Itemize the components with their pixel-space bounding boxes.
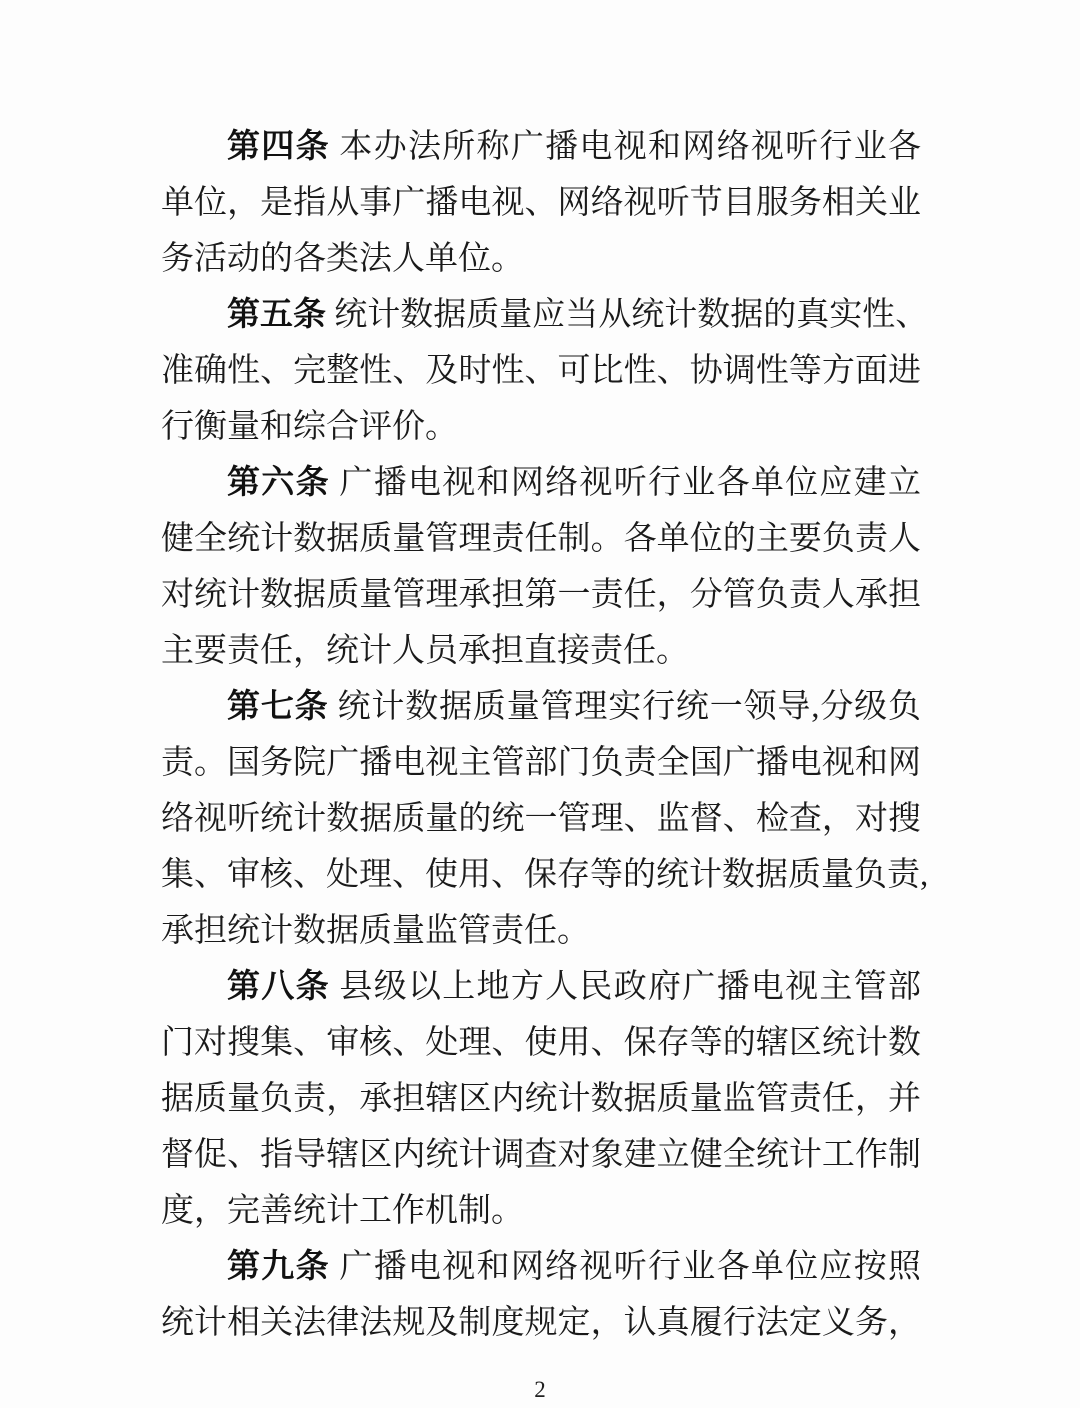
article-text: 统计数据质量应当从统计数据的真实性、 (326, 297, 928, 333)
article-text: 县级以上地方人民政府广播电视主管部 (330, 969, 921, 1005)
article-number-label: 第八条 (227, 969, 330, 1005)
article-first-line: 第六条 广播电视和网络视听行业各单位应建立 (161, 455, 921, 511)
article-line: 单位，是指从事广播电视、网络视听节目服务相关业 (161, 175, 921, 231)
article-paragraph: 第九条 广播电视和网络视听行业各单位应按照统计相关法律法规及制度规定，认真履行法… (161, 1239, 921, 1351)
article-text: 广播电视和网络视听行业各单位应建立 (330, 465, 921, 501)
article-line: 据质量负责，承担辖区内统计数据质量监管责任，并 (161, 1071, 921, 1127)
article-line: 健全统计数据质量管理责任制。各单位的主要负责人 (161, 511, 921, 567)
article-first-line: 第八条 县级以上地方人民政府广播电视主管部 (161, 959, 921, 1015)
article-line: 统计相关法律法规及制度规定，认真履行法定义务， (161, 1295, 921, 1351)
document-body: 第四条 本办法所称广播电视和网络视听行业各单位，是指从事广播电视、网络视听节目服… (161, 119, 921, 1351)
article-text: 行衡量和综合评价。 (161, 409, 458, 445)
document-page: 第四条 本办法所称广播电视和网络视听行业各单位，是指从事广播电视、网络视听节目服… (0, 0, 1080, 1408)
article-paragraph: 第五条 统计数据质量应当从统计数据的真实性、准确性、完整性、及时性、可比性、协调… (161, 287, 921, 455)
article-text: 络视听统计数据质量的统一管理、监督、检查，对搜 (161, 801, 921, 837)
article-line: 对统计数据质量管理承担第一责任，分管负责人承担 (161, 567, 921, 623)
article-text: 据质量负责，承担辖区内统计数据质量监管责任，并 (161, 1081, 921, 1117)
article-line: 责。国务院广播电视主管部门负责全国广播电视和网 (161, 735, 921, 791)
article-paragraph: 第四条 本办法所称广播电视和网络视听行业各单位，是指从事广播电视、网络视听节目服… (161, 119, 921, 287)
article-first-line: 第七条 统计数据质量管理实行统一领导,分级负 (161, 679, 921, 735)
article-text: 广播电视和网络视听行业各单位应按照 (330, 1249, 921, 1285)
article-text: 务活动的各类法人单位。 (161, 241, 524, 277)
article-number-label: 第九条 (227, 1249, 330, 1285)
article-number-label: 第四条 (227, 129, 330, 165)
article-line: 督促、指导辖区内统计调查对象建立健全统计工作制 (161, 1127, 921, 1183)
article-text: 统计相关法律法规及制度规定，认真履行法定义务， (161, 1305, 921, 1341)
article-paragraph: 第八条 县级以上地方人民政府广播电视主管部门对搜集、审核、处理、使用、保存等的辖… (161, 959, 921, 1239)
article-line: 准确性、完整性、及时性、可比性、协调性等方面进 (161, 343, 921, 399)
article-number-label: 第五条 (227, 297, 326, 333)
article-first-line: 第四条 本办法所称广播电视和网络视听行业各 (161, 119, 921, 175)
article-text: 集、审核、处理、使用、保存等的统计数据质量负责, (161, 857, 928, 893)
article-text: 健全统计数据质量管理责任制。各单位的主要负责人 (161, 521, 921, 557)
article-paragraph: 第七条 统计数据质量管理实行统一领导,分级负责。国务院广播电视主管部门负责全国广… (161, 679, 921, 959)
article-text: 对统计数据质量管理承担第一责任，分管负责人承担 (161, 577, 921, 613)
article-paragraph: 第六条 广播电视和网络视听行业各单位应建立健全统计数据质量管理责任制。各单位的主… (161, 455, 921, 679)
article-line: 集、审核、处理、使用、保存等的统计数据质量负责, (161, 847, 921, 903)
article-line: 承担统计数据质量监管责任。 (161, 903, 921, 959)
article-text: 主要责任，统计人员承担直接责任。 (161, 633, 689, 669)
article-text: 单位，是指从事广播电视、网络视听节目服务相关业 (161, 185, 921, 221)
article-text: 本办法所称广播电视和网络视听行业各 (330, 129, 921, 165)
article-line: 行衡量和综合评价。 (161, 399, 921, 455)
article-text: 承担统计数据质量监管责任。 (161, 913, 590, 949)
article-text: 统计数据质量管理实行统一领导,分级负 (329, 689, 922, 725)
article-first-line: 第九条 广播电视和网络视听行业各单位应按照 (161, 1239, 921, 1295)
article-line: 度，完善统计工作机制。 (161, 1183, 921, 1239)
article-text: 度，完善统计工作机制。 (161, 1193, 524, 1229)
article-first-line: 第五条 统计数据质量应当从统计数据的真实性、 (161, 287, 921, 343)
article-text: 门对搜集、审核、处理、使用、保存等的辖区统计数 (161, 1025, 921, 1061)
article-number-label: 第七条 (227, 689, 329, 725)
article-text: 督促、指导辖区内统计调查对象建立健全统计工作制 (161, 1137, 921, 1173)
article-text: 准确性、完整性、及时性、可比性、协调性等方面进 (161, 353, 921, 389)
article-line: 务活动的各类法人单位。 (161, 231, 921, 287)
article-text: 责。国务院广播电视主管部门负责全国广播电视和网 (161, 745, 921, 781)
page-number: 2 (0, 1376, 1080, 1404)
article-line: 络视听统计数据质量的统一管理、监督、检查，对搜 (161, 791, 921, 847)
article-number-label: 第六条 (227, 465, 330, 501)
article-line: 门对搜集、审核、处理、使用、保存等的辖区统计数 (161, 1015, 921, 1071)
article-line: 主要责任，统计人员承担直接责任。 (161, 623, 921, 679)
